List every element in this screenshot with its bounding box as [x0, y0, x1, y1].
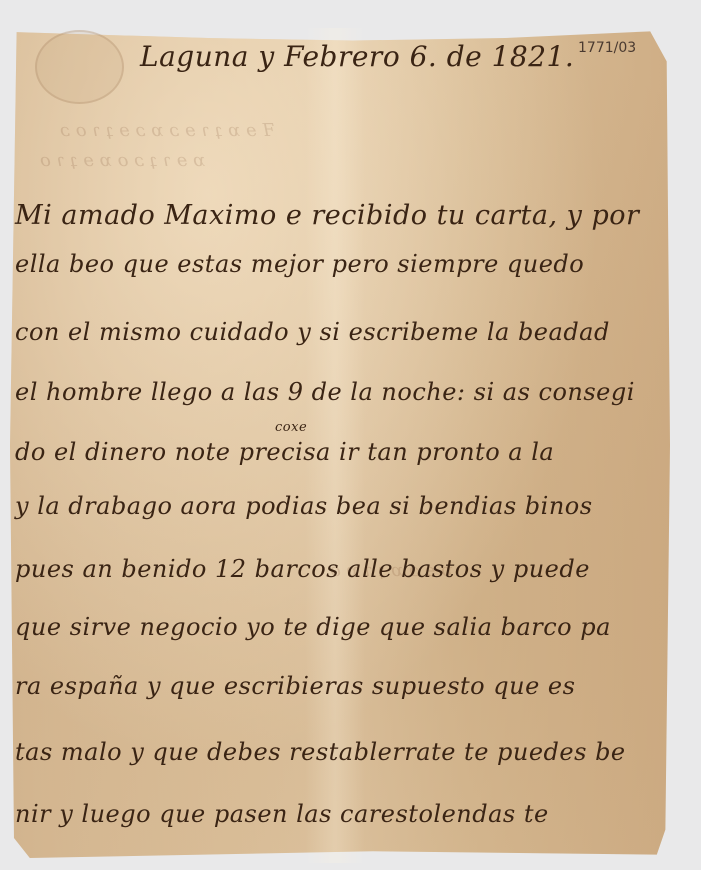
letter-line: que sirve negocio yo te dige que salia b…	[15, 613, 611, 641]
bleed-through-text: ɒ ɘ ɿ ʇ ɔ o ɒ ɘ ʇ ɿ o	[40, 150, 205, 171]
letter-heading: Laguna y Febrero 6. de 1821.	[140, 40, 574, 73]
letter-line: y la drabago aora podias bea si bendias …	[15, 492, 593, 520]
letter-line: do el dinero note precisa ir tan pronto …	[15, 438, 554, 466]
seal-impression	[35, 30, 124, 104]
letter-line: ra españa y que escribieras supuesto que…	[15, 672, 575, 700]
letter-line: Mi amado Maximo e recibido tu carta, y p…	[15, 200, 639, 231]
letter-line: nir y luego que pasen las carestolendas …	[15, 800, 549, 828]
letter-line: pues an benido 12 barcos alle bastos y p…	[15, 555, 590, 583]
letter-line: el hombre llego a las 9 de la noche: si …	[15, 378, 635, 406]
letter-line: con el mismo cuidado y si escribeme la b…	[15, 318, 610, 346]
interlinear-insertion: coxe	[275, 420, 307, 435]
bleed-through-text: ꟻ ɘ ɒ ʇ ɿ ɘ ɔ ɒ ɔ ɘ ʇ ɿ o ɔ	[60, 120, 275, 141]
letter-line: ella beo que estas mejor pero siempre qu…	[15, 250, 584, 278]
letter-line: tas malo y que debes restablerrate te pu…	[15, 738, 626, 766]
catalog-number: 1771/03	[578, 40, 636, 56]
